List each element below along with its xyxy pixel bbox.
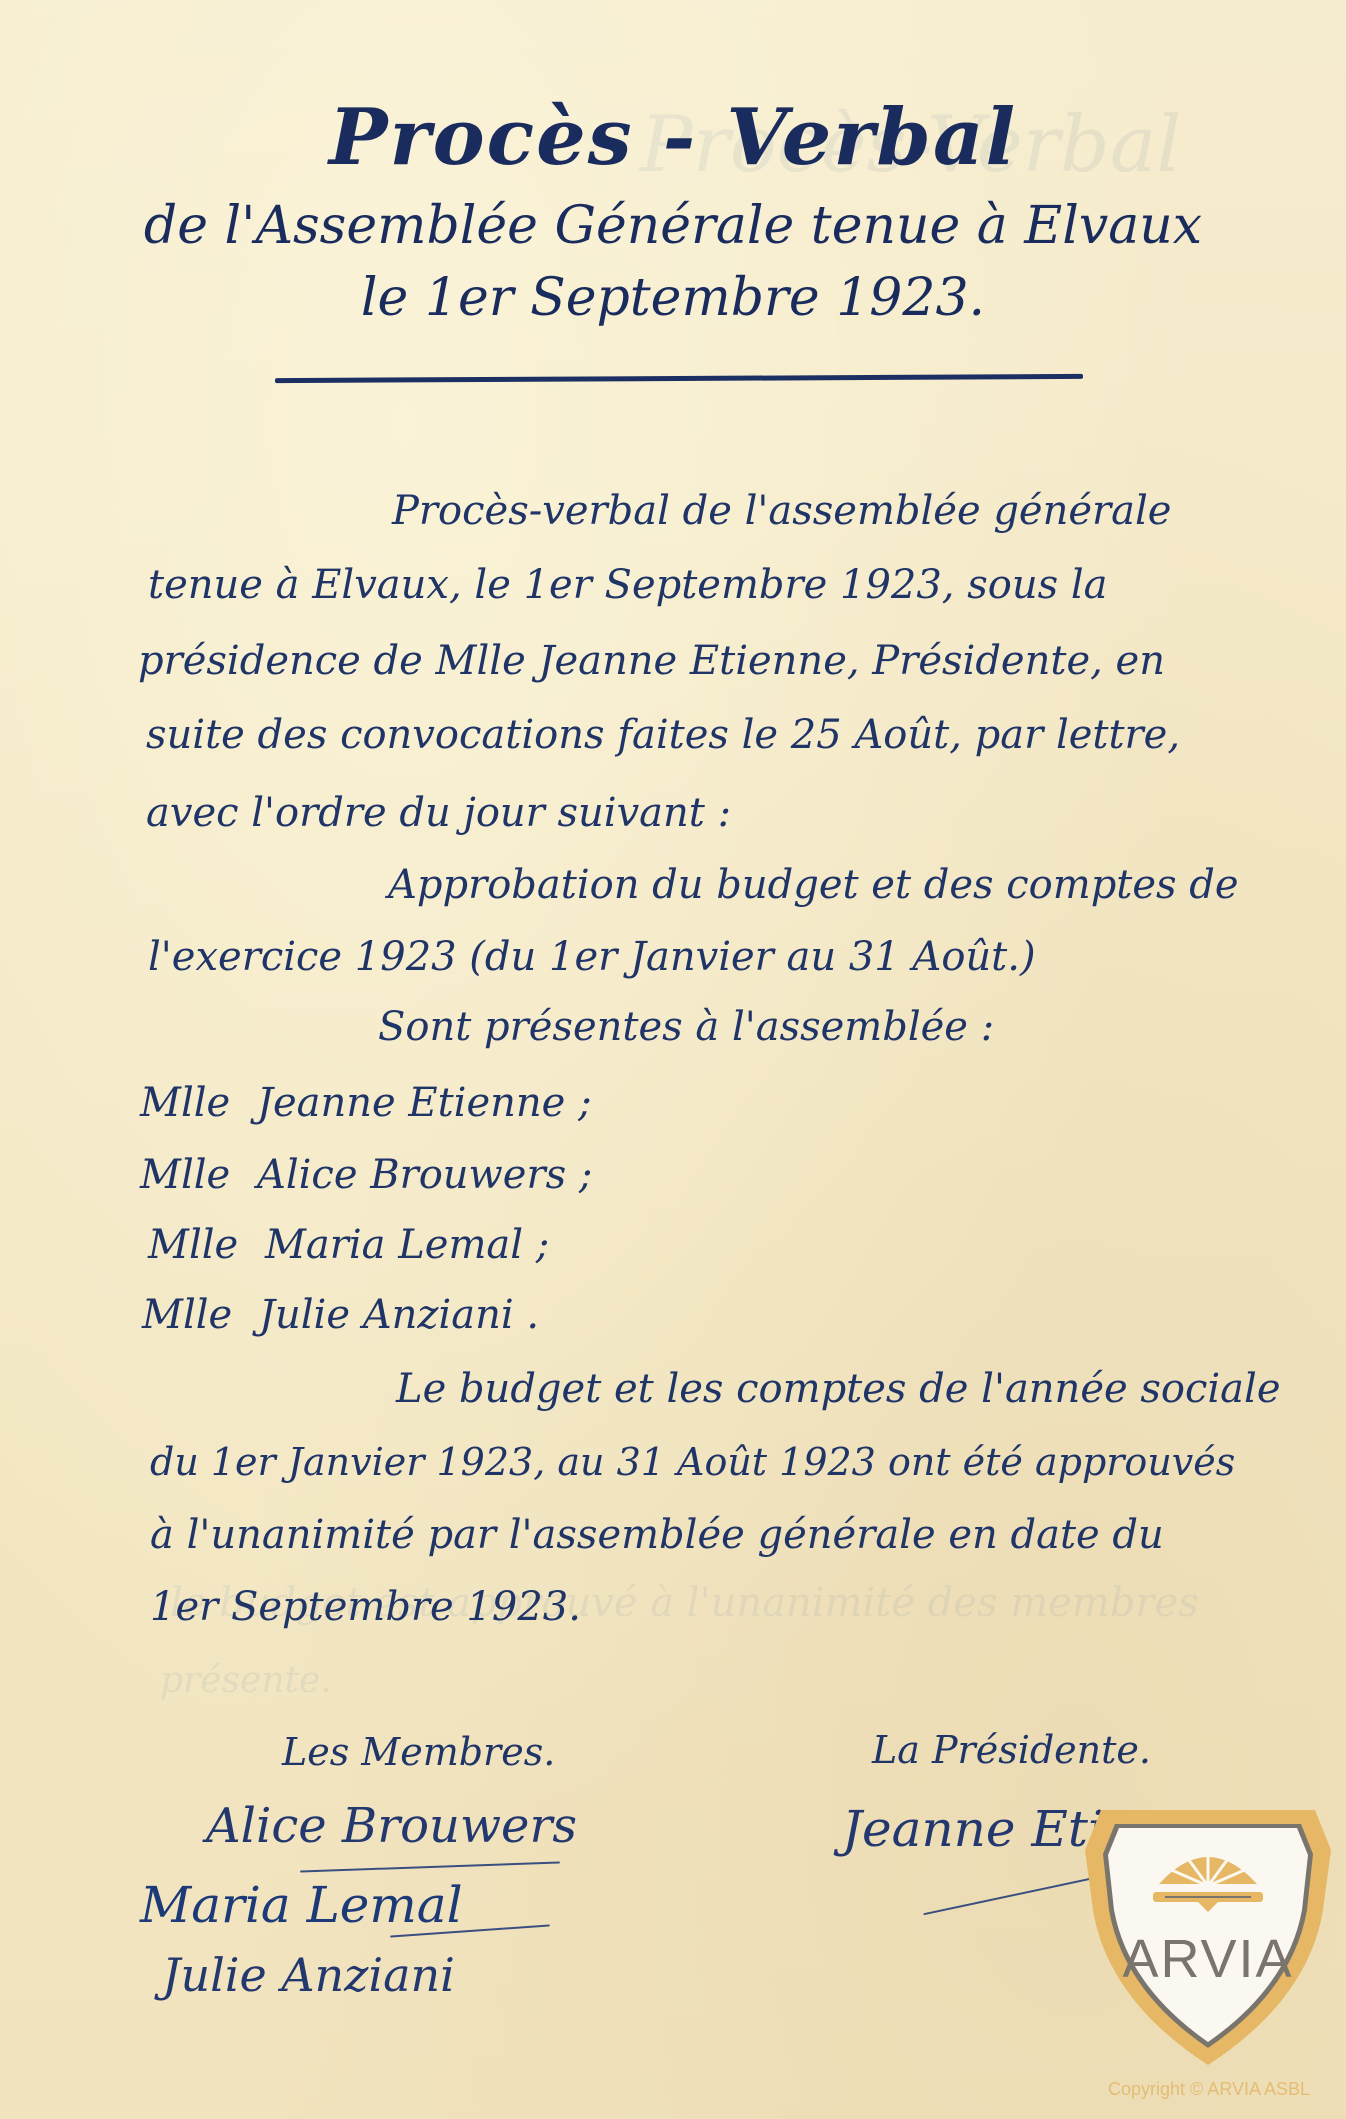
signature-julie-anziani: Julie Anziani bbox=[162, 1948, 455, 2002]
attendee-title: Mlle bbox=[140, 1080, 230, 1126]
text-line: du 1er Janvier 1923, au 31 Août 1923 ont… bbox=[150, 1440, 1235, 1484]
attendee-item: Mlle Julie Anziani . bbox=[142, 1292, 539, 1338]
attendees-heading: Sont présentes à l'assemblée : bbox=[378, 1004, 994, 1050]
text-line: 1er Septembre 1923. bbox=[150, 1584, 581, 1630]
attendee-punct: . bbox=[526, 1292, 539, 1338]
president-label: La Présidente. bbox=[872, 1728, 1151, 1772]
text-line: suite des convocations faites le 25 Août… bbox=[146, 712, 1180, 758]
attendee-item: Mlle Alice Brouwers ; bbox=[140, 1152, 592, 1198]
members-label: Les Membres. bbox=[282, 1730, 555, 1774]
attendee-name: Julie Anziani bbox=[259, 1292, 514, 1338]
text-line: tenue à Elvaux, le 1er Septembre 1923, s… bbox=[148, 562, 1108, 608]
attendee-title: Mlle bbox=[148, 1222, 238, 1268]
agenda-line: Approbation du budget et des comptes de bbox=[388, 862, 1239, 908]
document-subtitle-line1: de l'Assemblée Générale tenue à Elvaux bbox=[0, 196, 1346, 256]
agenda-line: l'exercice 1923 (du 1er Janvier au 31 Ao… bbox=[148, 934, 1036, 980]
attendee-title: Mlle bbox=[142, 1292, 232, 1338]
text-line: Procès-verbal de l'assemblée générale bbox=[392, 488, 1171, 534]
attendee-name: Alice Brouwers bbox=[257, 1152, 566, 1198]
attendee-item: Mlle Maria Lemal ; bbox=[148, 1222, 549, 1268]
signature-alice-brouwers: Alice Brouwers bbox=[206, 1798, 577, 1854]
attendee-name: Jeanne Etienne bbox=[257, 1080, 565, 1126]
text-line: présidence de Mlle Jeanne Etienne, Prési… bbox=[138, 638, 1165, 684]
attendee-punct: ; bbox=[579, 1152, 592, 1198]
attendee-punct: ; bbox=[536, 1222, 549, 1268]
text-line: à l'unanimité par l'assemblée générale e… bbox=[150, 1512, 1164, 1558]
bleed-through-text: présente. bbox=[160, 1660, 332, 1701]
attendee-item: Mlle Jeanne Etienne ; bbox=[140, 1080, 592, 1126]
attendee-punct: ; bbox=[578, 1080, 591, 1126]
signature-maria-lemal: Maria Lemal bbox=[140, 1876, 463, 1934]
document-title: Procès - Verbal bbox=[0, 92, 1346, 183]
copyright-notice: Copyright © ARVIA ASBL bbox=[1108, 2079, 1310, 2100]
logo-text: ARVIA bbox=[1083, 1928, 1333, 1990]
text-line: Le budget et les comptes de l'année soci… bbox=[396, 1366, 1281, 1412]
attendee-title: Mlle bbox=[140, 1152, 230, 1198]
document-subtitle-line2: le 1er Septembre 1923. bbox=[0, 268, 1346, 328]
text-line: avec l'ordre du jour suivant : bbox=[146, 790, 731, 836]
arvia-watermark-logo: ARVIA bbox=[1083, 1800, 1333, 2070]
attendee-name: Maria Lemal bbox=[265, 1222, 523, 1268]
